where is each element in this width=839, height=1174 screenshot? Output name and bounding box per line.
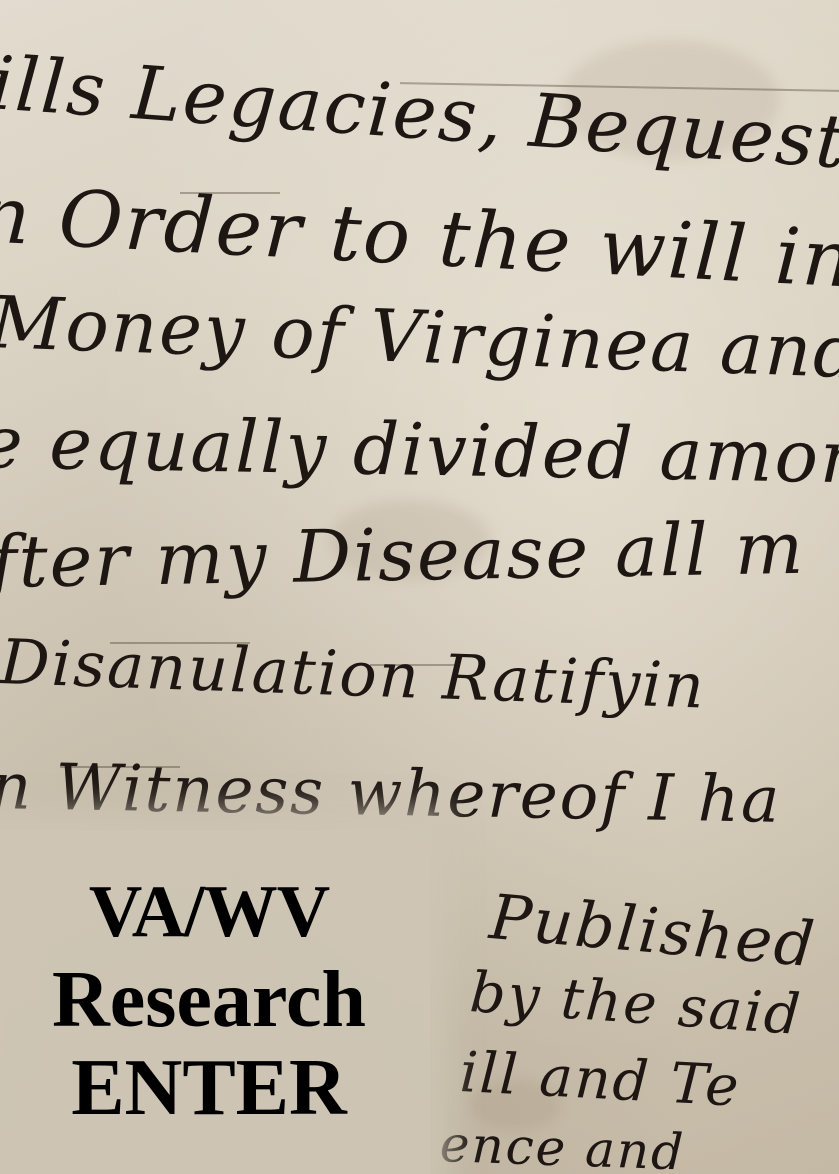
title-line-va-wv: VA/WV xyxy=(0,868,418,956)
manuscript-line: ence and xyxy=(439,1115,686,1174)
manuscript-line: Disanulation Ratifyin xyxy=(0,625,707,723)
enter-label[interactable]: VA/WV Research ENTER xyxy=(0,868,418,1132)
manuscript-line: fter my Disease all m xyxy=(0,506,806,604)
manuscript-line: e equally divided amon xyxy=(0,400,839,499)
title-line-enter[interactable]: ENTER xyxy=(0,1044,418,1132)
va-wv-research-enter-banner[interactable]: ills Legacies, Bequests, n Order to the … xyxy=(0,0,839,1174)
title-line-research: Research xyxy=(0,956,418,1044)
manuscript-line: n Witness whereof I ha xyxy=(0,750,782,838)
